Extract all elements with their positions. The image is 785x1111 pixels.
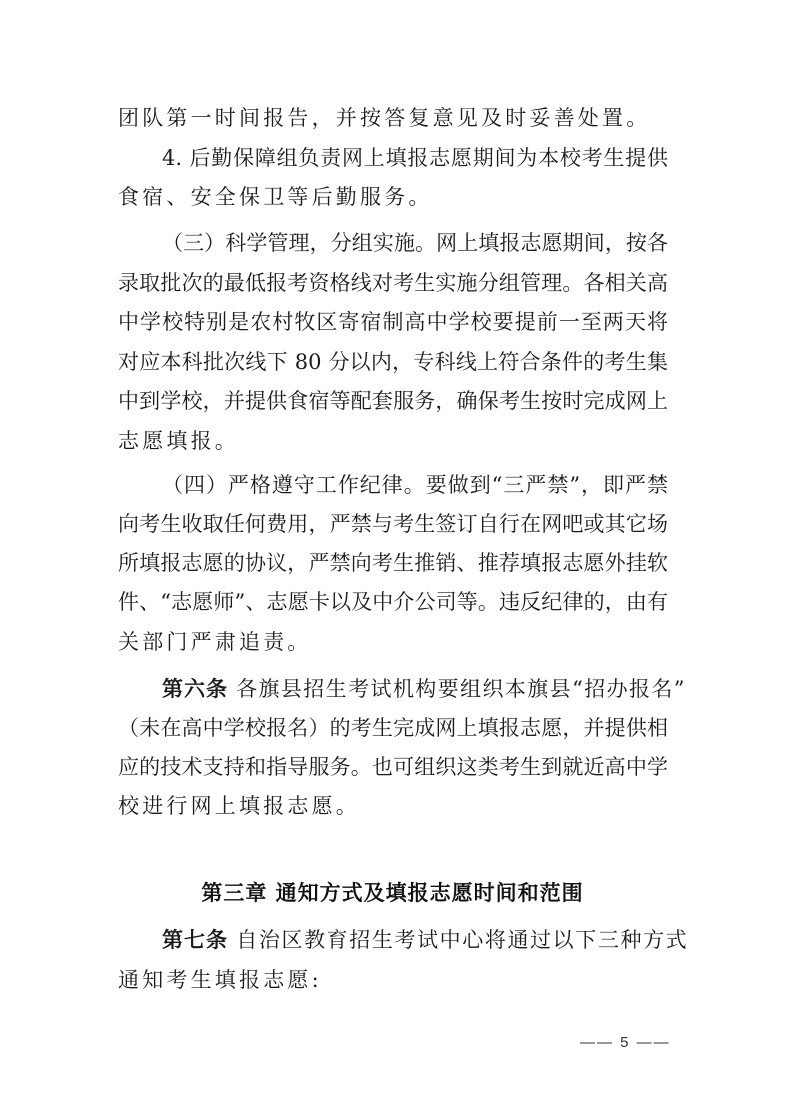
article-7-label: 第七条 xyxy=(162,928,228,952)
paragraph-line: 所填报志愿的协议，严禁向考生推销、推荐填报志愿外挂软 xyxy=(118,550,668,576)
paragraph-line: 4. 后勤保障组负责网上填报志愿期间为本校考生提供 xyxy=(162,145,668,171)
paragraph-line: （四）严格遵守工作纪律。要做到“三严禁”，即严禁 xyxy=(162,472,668,498)
paragraph-line: 应的技术支持和指导服务。也可组织这类考生到就近高中学 xyxy=(118,754,668,780)
page-number: —— 5 —— xyxy=(580,1034,671,1051)
paragraph-line: 志愿填报。 xyxy=(118,428,668,454)
chapter-heading: 第三章 通知方式及填报志愿时间和范围 xyxy=(0,880,785,906)
paragraph-line: 录取批次的最低报考资格线对考生实施分组管理。各相关高 xyxy=(118,270,668,296)
article-6-text: 各旗县招生考试机构要组织本旗县“招办报名” xyxy=(236,677,686,701)
paragraph-line: 中学校特别是农村牧区寄宿制高中学校要提前一至两天将 xyxy=(118,309,668,335)
paragraph-line: 向考生收取任何费用，严禁与考生签订自行在网吧或其它场 xyxy=(118,511,668,537)
paragraph-line: 对应本科批次线下 80 分以内，专科线上符合条件的考生集 xyxy=(118,349,668,375)
paragraph-line: （未在高中学校报名）的考生完成网上填报志愿，并提供相 xyxy=(118,715,668,741)
paragraph-line: 团队第一时间报告，并按答复意见及时妥善处置。 xyxy=(118,105,668,131)
article-7-first-line: 第七条 自治区教育招生考试中心将通过以下三种方式 xyxy=(162,927,668,953)
article-6-first-line: 第六条 各旗县招生考试机构要组织本旗县“招办报名” xyxy=(162,676,668,702)
paragraph-line: 关部门严肃追责。 xyxy=(118,629,668,655)
paragraph-line: 中到学校，并提供食宿等配套服务，确保考生按时完成网上 xyxy=(118,388,668,414)
document-page: 团队第一时间报告，并按答复意见及时妥善处置。 4. 后勤保障组负责网上填报志愿期… xyxy=(0,0,785,1111)
paragraph-line: 校进行网上填报志愿。 xyxy=(118,793,668,819)
paragraph-line: 食宿、安全保卫等后勤服务。 xyxy=(118,184,668,210)
paragraph-line: 件、“志愿师”、志愿卡以及中介公司等。违反纪律的，由有 xyxy=(118,589,668,615)
article-7-text: 自治区教育招生考试中心将通过以下三种方式 xyxy=(236,928,688,952)
paragraph-line: 通知考生填报志愿: xyxy=(118,967,668,993)
article-6-label: 第六条 xyxy=(162,677,228,701)
paragraph-line: （三）科学管理，分组实施。网上填报志愿期间，按各 xyxy=(162,230,668,256)
